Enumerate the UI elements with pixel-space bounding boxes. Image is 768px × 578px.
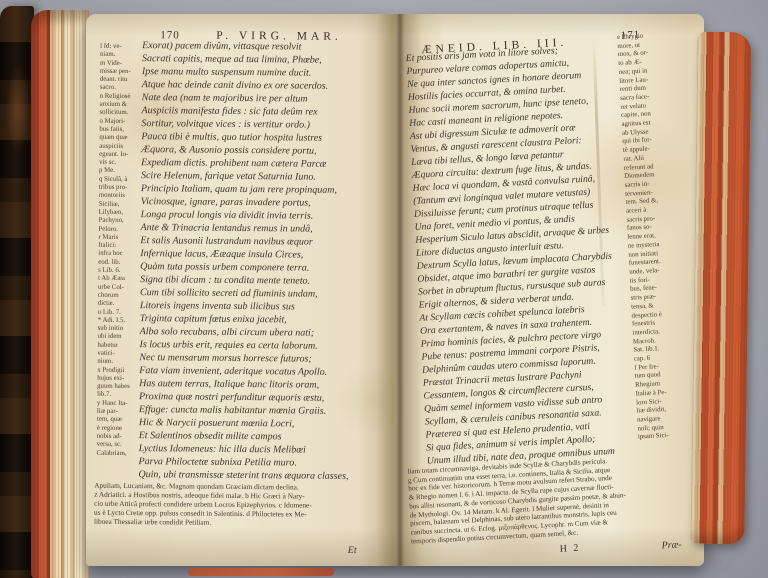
book-spine <box>0 6 34 578</box>
spine-wear-patch <box>6 64 30 154</box>
margin-note-line: urbe Col- <box>98 283 144 292</box>
margin-note-line: quam quæ <box>99 134 145 143</box>
margin-note-line: p Me. <box>99 167 145 176</box>
margin-note-line: infra hoc <box>98 250 144 259</box>
right-page: ÆNEID. LIB. III. 171 Et positis aris jam… <box>384 7 712 570</box>
left-catchword: Et <box>348 545 357 556</box>
photo-background: 170 P. VIRG. MAR. l Id: ve-niam.m Vide-m… <box>0 0 768 578</box>
right-footnotes: liam totam circumnaviga, devitabis inde … <box>407 452 703 546</box>
right-verse-text: Et positis aris jam vota in litore solve… <box>406 42 639 469</box>
margin-note-line: m Vide- <box>100 59 146 68</box>
margin-note-line: montoriis <box>99 192 145 201</box>
margin-note-line: ubi idem <box>98 333 144 342</box>
right-catchword: Præ- <box>661 539 682 551</box>
margin-note-line: t Ab Ææa <box>98 275 144 284</box>
margin-note-line: Calabriam, <box>97 449 143 458</box>
margin-note-line: nium. <box>97 358 143 367</box>
margin-note-line: dictæ. <box>98 300 144 309</box>
margin-note-line: auspiciis <box>99 142 145 151</box>
margin-note-line: Peloro. <box>98 225 144 234</box>
margin-note-line: versa, sc. <box>97 441 143 450</box>
left-verse-text: Exorat) pacem divûm, vittasque resolvitS… <box>138 39 394 483</box>
left-footnotes: Apuliam, Lucaniam, &c. Magnam quondam Gr… <box>94 481 392 529</box>
right-fore-edge <box>690 32 751 545</box>
margin-note-line: è regione <box>97 424 143 433</box>
margin-note-line: Pachyno, <box>99 217 145 226</box>
margin-note-line: u Lib. 7. <box>98 308 144 317</box>
margin-note-line: lib.7. <box>97 391 143 400</box>
bottom-cover-edge <box>188 568 334 576</box>
footnote-line: liboea Thessaliæ urbe condidit Petiliam. <box>94 517 392 529</box>
margin-note-line: niam. <box>100 51 146 60</box>
margin-note-line: sollicitum. <box>100 109 146 118</box>
left-page-edges <box>31 10 89 578</box>
margin-note-line: Siciliæ, <box>99 200 145 209</box>
left-page: 170 P. VIRG. MAR. l Id: ve-niam.m Vide-m… <box>84 13 399 568</box>
margin-note-line: x Prodigii <box>97 366 143 375</box>
margin-note-line: sacro. <box>100 84 146 93</box>
margin-note-line: tem, quæ <box>97 416 143 425</box>
signature-mark: H 2 <box>559 543 580 555</box>
margin-note-line: ipsam Sici- <box>638 431 692 443</box>
